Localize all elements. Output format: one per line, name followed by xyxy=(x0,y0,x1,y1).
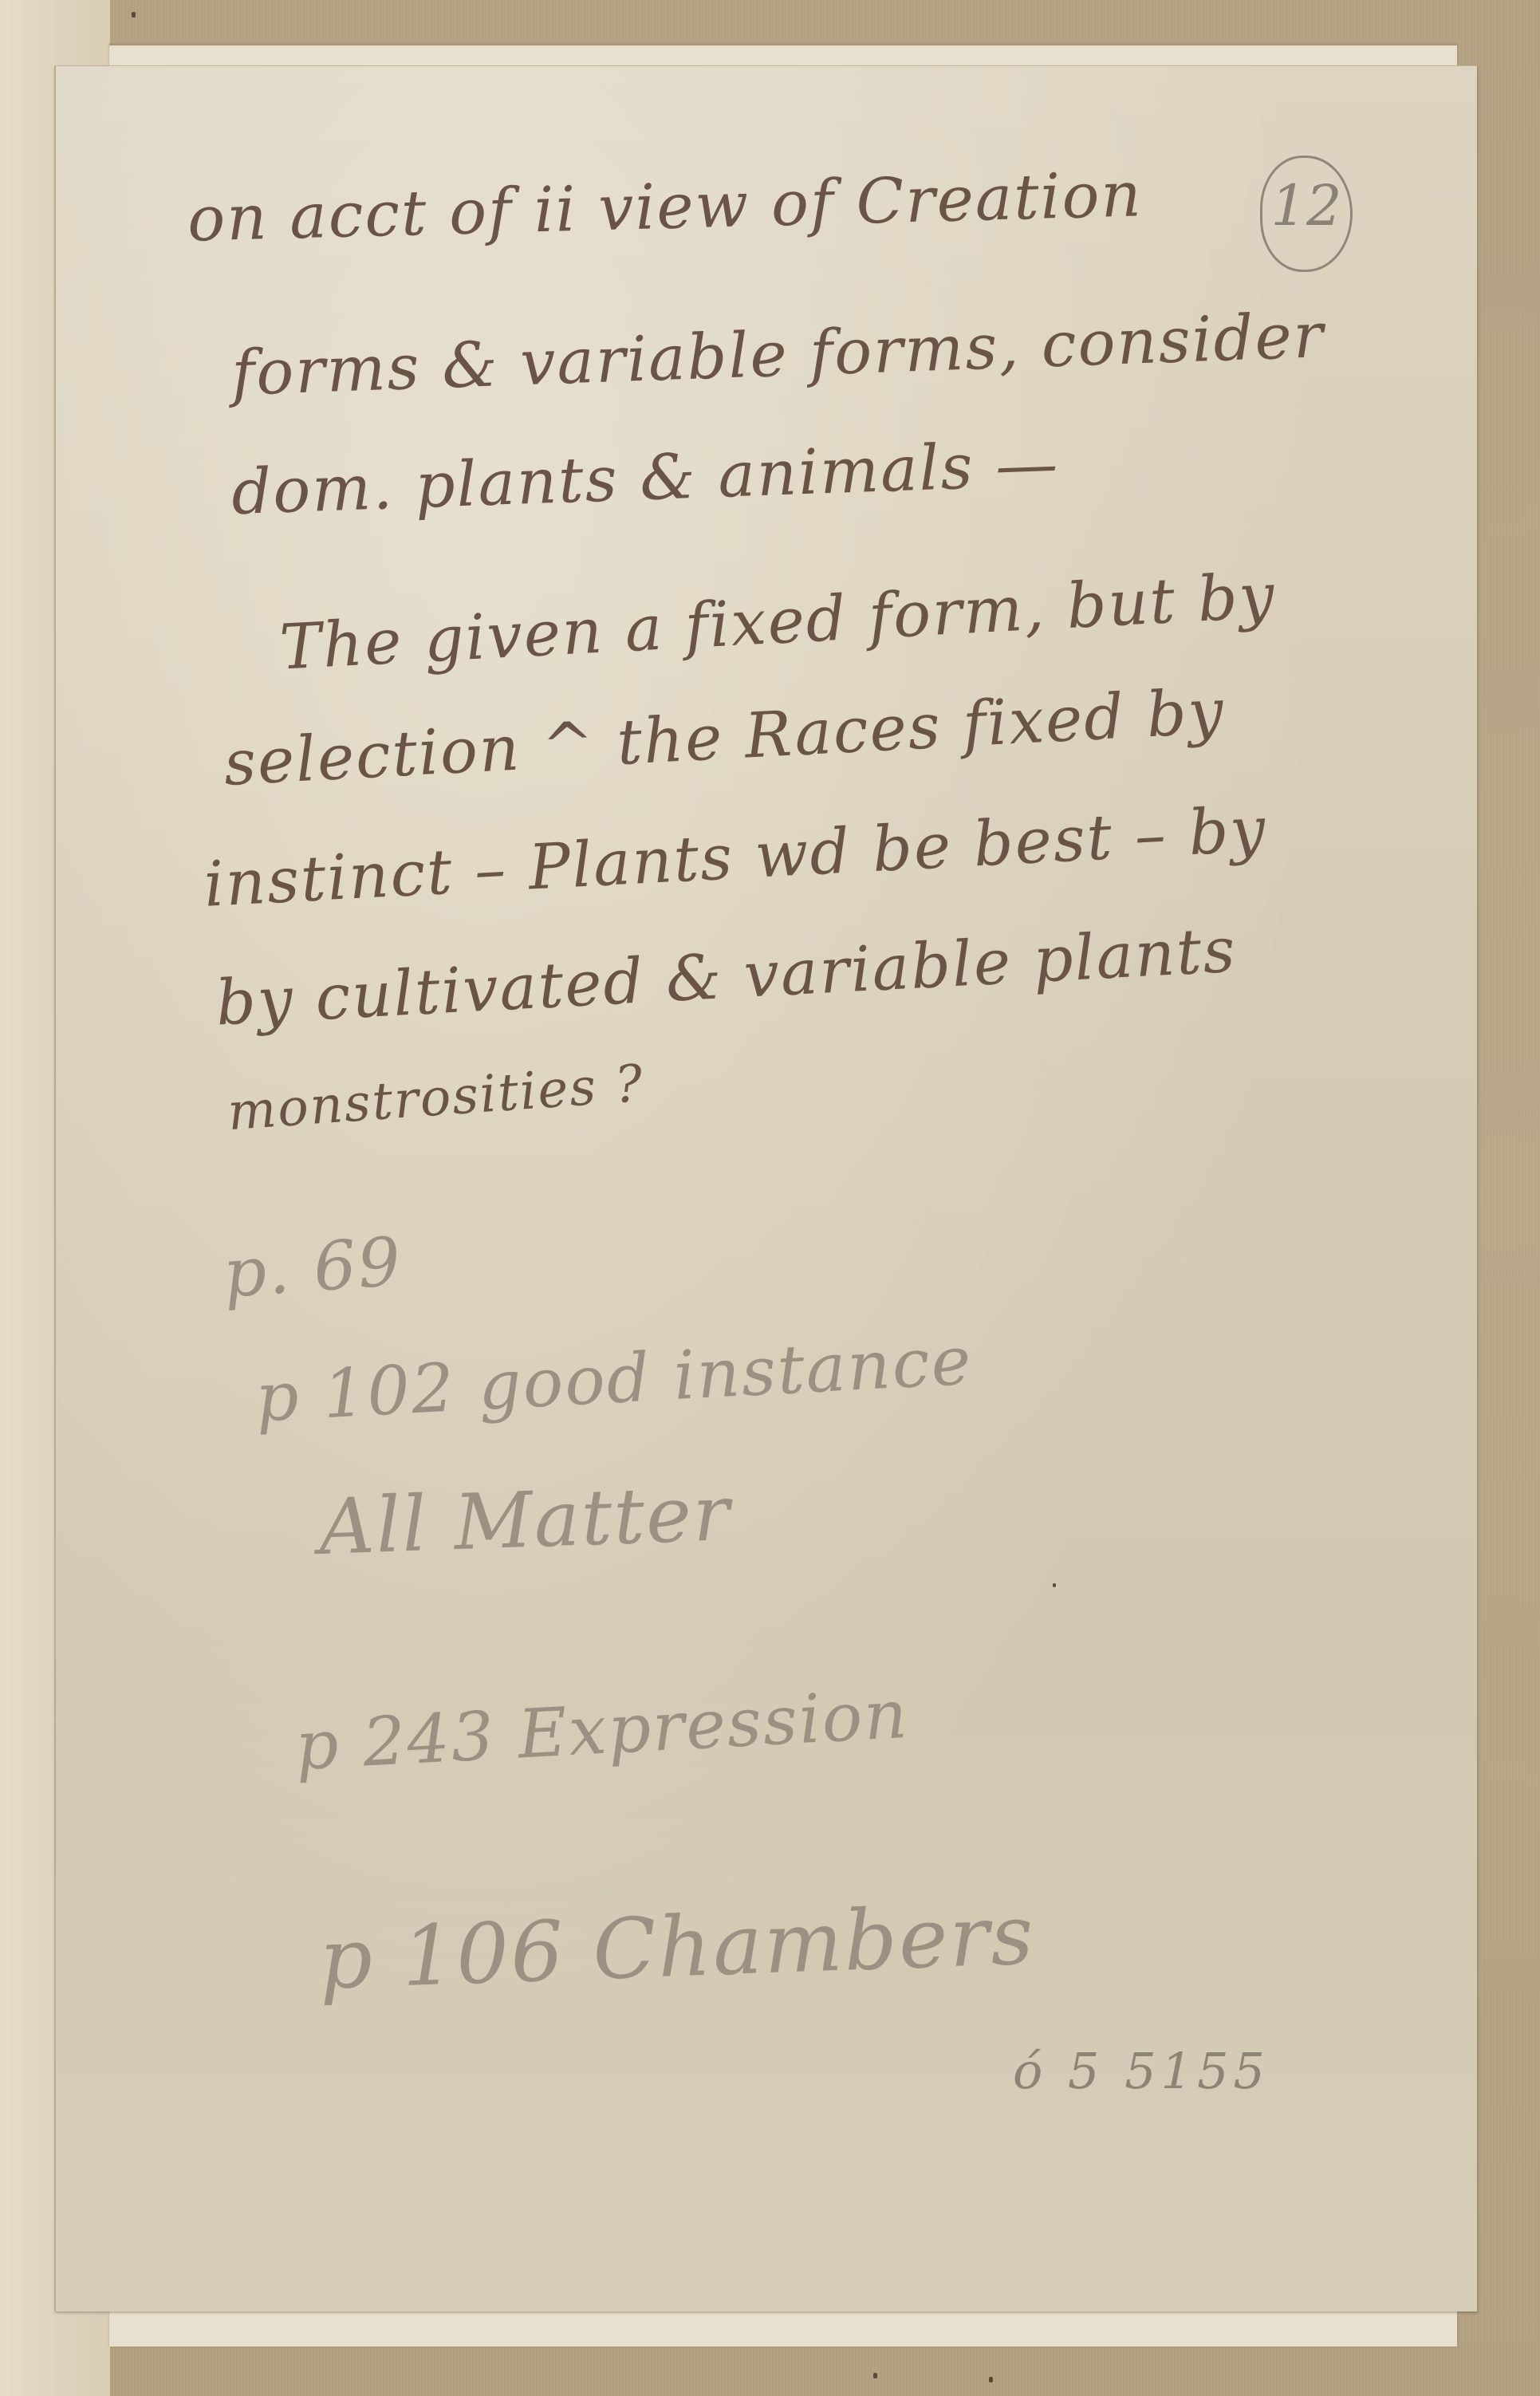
speck-mark xyxy=(873,2373,877,2378)
archive-number: ó 5 5155 xyxy=(1013,2042,1270,2100)
pencil-line-3: All Matter xyxy=(317,1468,732,1572)
pencil-line-1: p. 69 xyxy=(221,1222,404,1312)
speck-mark xyxy=(132,12,136,18)
speck-mark xyxy=(989,2377,993,2382)
folio-number-circled: 12 xyxy=(1260,156,1353,272)
speck-mark xyxy=(1053,1583,1056,1587)
